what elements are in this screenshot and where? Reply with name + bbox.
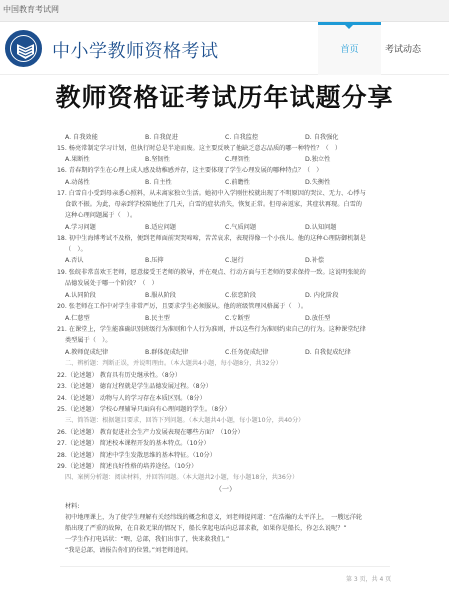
section-2-header: 二、辨析题：判断正误，并说明理由。（本大题共4小题，每小题8分，共32分） [65, 361, 282, 367]
nav-exam-news[interactable]: 考试动态 [385, 42, 421, 55]
option: C.前瞻性 [225, 180, 250, 186]
option: A.认同阶段 [65, 293, 96, 299]
nav-home-label: 首页 [318, 42, 381, 55]
question-17-line-2: 食欲不振。为此，母亲到学校陪她住了几天，白雪的症状消失，恢复正常。但母亲返家，其… [65, 202, 362, 208]
question-21-line-2: 类型属于（ ）。 [65, 338, 111, 344]
question-19-line-1: 19. 张皖非常喜欢王老师，愿意接受王老师的教导，并在观点、行动方面与王老师的要… [57, 270, 366, 276]
section-4-sub: （一） [215, 486, 236, 493]
option: A.仁慈型 [65, 316, 90, 322]
question-16: 16. 青春期的学生在心理上成人感及幼稚感并存，这主要体现了学生心理发展的哪种特… [57, 168, 323, 174]
question-19-line-2: 品德发展处于哪一个阶段？（ ） [65, 281, 158, 287]
page-title: 教师资格证考试历年试题分享 [0, 78, 449, 114]
option: D.放任型 [305, 316, 330, 322]
option: A.教师促成纪律 [65, 350, 108, 356]
material-label: 材料: [65, 504, 79, 510]
section-4-header: 四、案例分析题：阅读材料，并回答问题。（本大题共2小题，每小题18分，共36分） [65, 475, 298, 481]
question-21-line-1: 21. 在课堂上，学生能准确识别班级行为准则和个人行为准则，并以这些行为准则约束… [57, 327, 366, 333]
option: C.依恋阶段 [225, 293, 256, 299]
nav-home[interactable]: 首页 [318, 22, 381, 75]
option: C.气质问题 [225, 225, 256, 231]
option: B.民主型 [145, 316, 170, 322]
material-line: “我是总部，请报告你们的位置。”刘老师追问。 [65, 548, 192, 554]
option: D. 自我促成纪律 [305, 350, 351, 356]
material-line: 一学生作打电话状：“喂，总部，我们出事了，快来救我们。” [65, 537, 229, 543]
option: A.果断性 [65, 157, 90, 163]
material-line: 初中地理课上，为了使学生理解有关经纬线的概念和意义，刘老师提问道：“在浩瀚的太平… [65, 515, 362, 521]
option: B.适应问题 [145, 225, 176, 231]
question-29: 29.（论述题） 简述良好性格的培养途径。（10分） [57, 464, 197, 470]
site-name-link[interactable]: 中国教育考试网 [3, 4, 59, 15]
option: D. 自我强化 [305, 135, 338, 141]
question-17-line-3: 这种心理问题属于（ ）。 [65, 213, 136, 219]
top-bar: 中国教育考试网 [0, 0, 449, 22]
option: A.否认 [65, 258, 83, 264]
question-20: 20. 张老师在工作中对学生非常严厉，且要求学生必须服从。他的班级管理风格属于（… [57, 304, 307, 310]
question-17-line-1: 17. 白雪自小受到母亲悉心照料，从未离家独立生活。她初中入学刚住校就出现了不明… [57, 191, 366, 197]
active-caret-icon [345, 25, 353, 29]
option: D.失衡性 [305, 180, 330, 186]
option: B. 自我促进 [145, 135, 178, 141]
option: C.任务促成纪律 [225, 350, 268, 356]
option: C.退行 [225, 258, 244, 264]
option: D. 内化阶段 [305, 293, 338, 299]
question-28: 28.（论述题） 简述中学生发散思维的基本特征。（10分） [57, 453, 216, 459]
question-23: 23.（论述题） 德育过程就是学生品德发展过程。（8分） [57, 384, 212, 390]
question-25: 25.（论述题） 学校心理辅导只面向有心理问题的学生。（8分） [57, 407, 231, 413]
brand-title[interactable]: 中小学教师资格考试 [52, 37, 219, 63]
option: B.群体促成纪律 [145, 350, 188, 356]
question-18-line-1: 18. 初中生海博考试不及格，便到老师面前哭哭啼啼，苦苦哀求，表现得像一个小孩儿… [57, 236, 366, 242]
option: D.认知问题 [305, 225, 336, 231]
book-icon [15, 40, 36, 61]
option: A.学习问题 [65, 225, 96, 231]
option: D.独立性 [305, 157, 330, 163]
section-3-header: 三、简答题：根据题目要求，回答下列问题。（本大题共4小题，每小题10分，共40分… [65, 418, 304, 424]
question-27: 27.（论述题） 简述校本课程开发的基本特点。（10分） [57, 441, 210, 447]
option: C.理智性 [225, 157, 250, 163]
question-15: 15. 杨亮常制定学习计划，但执行时总是半途而废。这主要反映了他缺乏意志品质的哪… [57, 146, 341, 152]
question-18-line-2: （ ）。 [65, 247, 87, 253]
option: B.压抑 [145, 258, 164, 264]
book-shield-emblem-icon[interactable] [5, 30, 42, 67]
page-indicator: 第 3 页，共 4 页 [346, 574, 391, 583]
site-header: 中小学教师资格考试 首页 考试动态 [0, 22, 449, 75]
option: B.服从阶段 [145, 293, 176, 299]
material-line: 船出现了严重的故障，在自救无果的情况下，船长拿起电话向总部求救，如果你是船长，你… [65, 526, 347, 532]
option: C.专断型 [225, 316, 250, 322]
option: B. 自主性 [145, 180, 172, 186]
option: A. 自我效能 [65, 135, 98, 141]
option: B.坚韧性 [145, 157, 170, 163]
page-divider [60, 566, 390, 567]
option: A.动荡性 [65, 180, 90, 186]
question-26: 26.（论述题） 教育促进社会生产力发展表现在哪些方面？（10分） [57, 430, 244, 436]
option: C. 自我监控 [225, 135, 258, 141]
question-24: 24.（论述题） 动物与人的学习存在本质区别。（8分） [57, 396, 206, 402]
option: D.补偿 [305, 258, 324, 264]
question-22: 22.（论述题） 教育具有历史继承性。（8分） [57, 373, 181, 379]
